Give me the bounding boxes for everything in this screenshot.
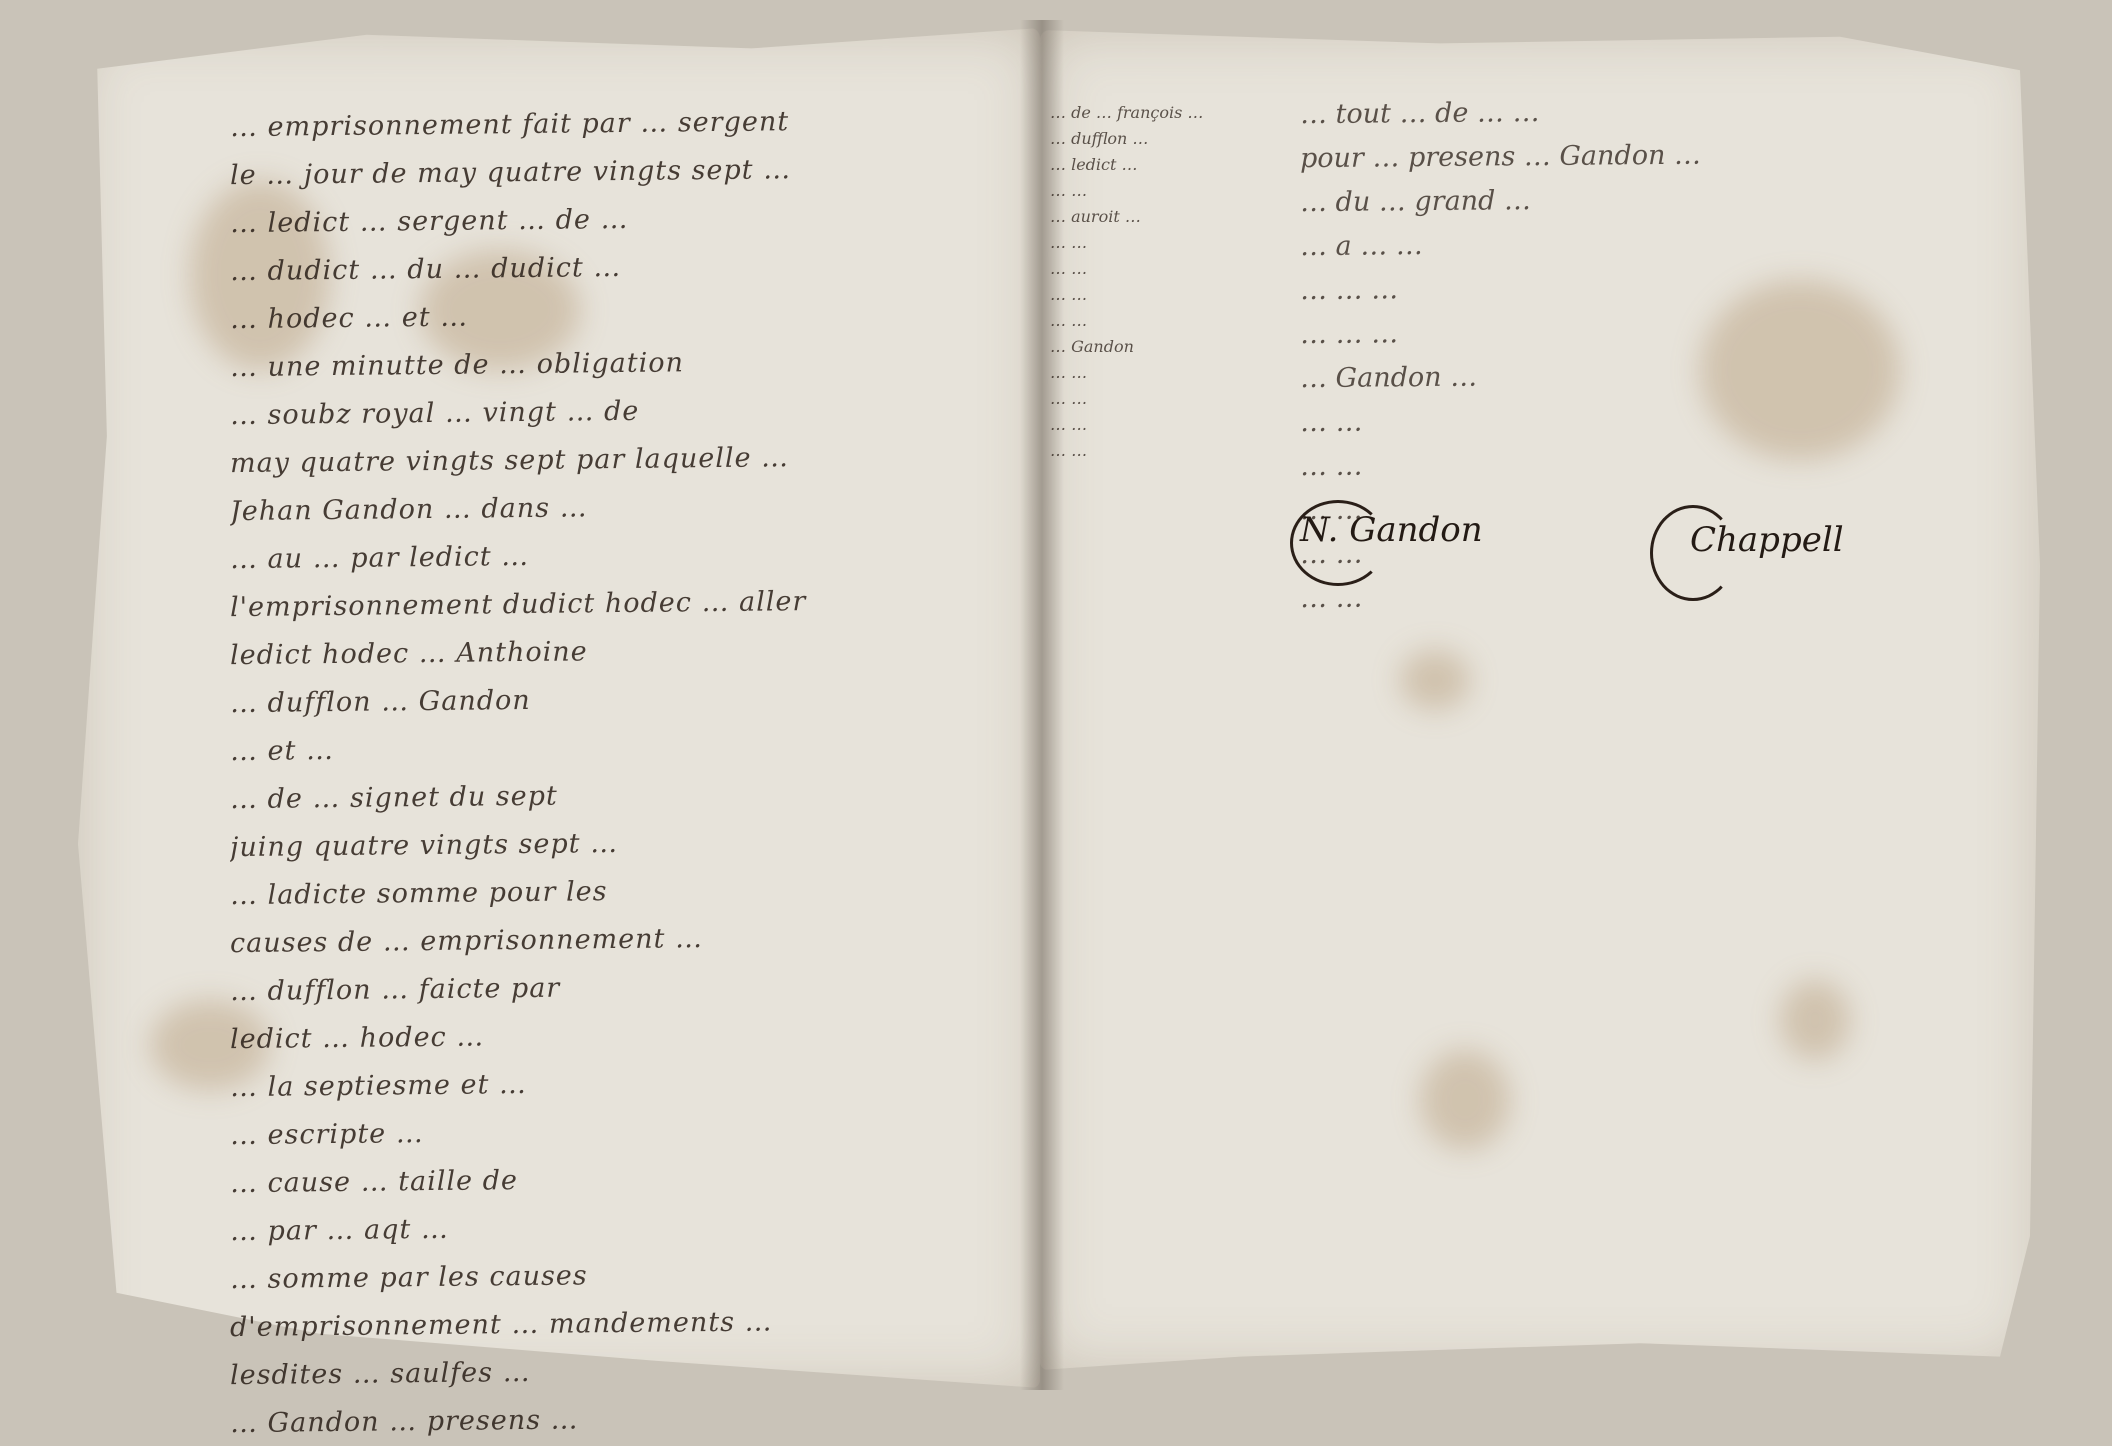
right-page-margin-notes: … de … françois … … dufflon … … ledict ……: [1050, 100, 1280, 464]
manuscript-line: … a … …: [1300, 219, 2020, 269]
manuscript-line: … Gandon …: [1300, 351, 2020, 401]
manuscript-line: … somme par les causes: [230, 1248, 1010, 1304]
manuscript-line: … par … aqt …: [230, 1200, 1010, 1256]
manuscript-line: … dufflon … Gandon: [230, 672, 1010, 728]
manuscript-line: … cause … taille de: [230, 1152, 1010, 1208]
manuscript-line: … soubz royal … vingt … de: [230, 384, 1010, 440]
manuscript-line: … ladicte somme pour les: [230, 864, 1010, 920]
manuscript-line: … Gandon … presens …: [230, 1392, 1010, 1446]
manuscript-line: … une minutte de … obligation: [230, 336, 1010, 392]
signature-flourish: [1290, 500, 1386, 586]
manuscript-line: … hodec … et …: [230, 288, 1010, 344]
manuscript-line: juing quatre vingts sept …: [230, 816, 1010, 872]
manuscript-line: … ledict … sergent … de …: [230, 192, 1010, 248]
manuscript-line: … … …: [1300, 263, 2020, 313]
margin-note-line: … …: [1050, 438, 1280, 464]
manuscript-line: d'emprisonnement … mandements …: [230, 1296, 1010, 1352]
margin-note-line: … Gandon: [1050, 334, 1280, 360]
margin-note-line: … …: [1050, 282, 1280, 308]
water-stain: [1420, 1050, 1510, 1150]
water-stain: [1400, 650, 1470, 710]
margin-note-line: … …: [1050, 308, 1280, 334]
manuscript-line: … dufflon … faicte par: [230, 960, 1010, 1016]
manuscript-line: Jehan Gandon … dans …: [230, 480, 1010, 536]
margin-note-line: … …: [1050, 230, 1280, 256]
manuscript-line: lesdites … saulfes …: [230, 1344, 1010, 1400]
manuscript-line: pour … presens … Gandon …: [1300, 131, 2020, 181]
manuscript-line: … … …: [1300, 307, 2020, 357]
water-stain: [1780, 980, 1850, 1060]
margin-note-line: … …: [1050, 178, 1280, 204]
manuscript-line: le … jour de may quatre vingts sept …: [230, 144, 1010, 200]
manuscript-line: ledict … hodec …: [230, 1008, 1010, 1064]
signature-flourish: [1650, 505, 1736, 601]
manuscript-line: … …: [1300, 395, 2020, 445]
margin-note-line: … auroit …: [1050, 204, 1280, 230]
margin-note-line: … de … françois …: [1050, 100, 1280, 126]
margin-note-line: … …: [1050, 360, 1280, 386]
manuscript-line: l'emprisonnement dudict hodec … aller: [230, 576, 1010, 632]
margin-note-line: … …: [1050, 412, 1280, 438]
manuscript-line: causes de … emprisonnement …: [230, 912, 1010, 968]
manuscript-line: … …: [1300, 439, 2020, 489]
left-page-text: … emprisonnement fait par … sergent le ……: [230, 100, 1010, 1444]
manuscript-line: may quatre vingts sept par laquelle …: [230, 432, 1010, 488]
manuscript-line: … la septiesme et …: [230, 1056, 1010, 1112]
manuscript-line: … de … signet du sept: [230, 768, 1010, 824]
manuscript-line: … du … grand …: [1300, 175, 2020, 225]
margin-note-line: … ledict …: [1050, 152, 1280, 178]
margin-note-line: … dufflon …: [1050, 126, 1280, 152]
margin-note-line: … …: [1050, 256, 1280, 282]
manuscript-line: ledict hodec … Anthoine: [230, 624, 1010, 680]
manuscript-line: … emprisonnement fait par … sergent: [230, 96, 1010, 152]
manuscript-line: … escripte …: [230, 1104, 1010, 1160]
manuscript-line: … tout … de … …: [1300, 87, 2020, 137]
manuscript-line: … dudict … du … dudict …: [230, 240, 1010, 296]
manuscript-line: … au … par ledict …: [230, 528, 1010, 584]
manuscript-line: … et …: [230, 720, 1010, 776]
margin-note-line: … …: [1050, 386, 1280, 412]
